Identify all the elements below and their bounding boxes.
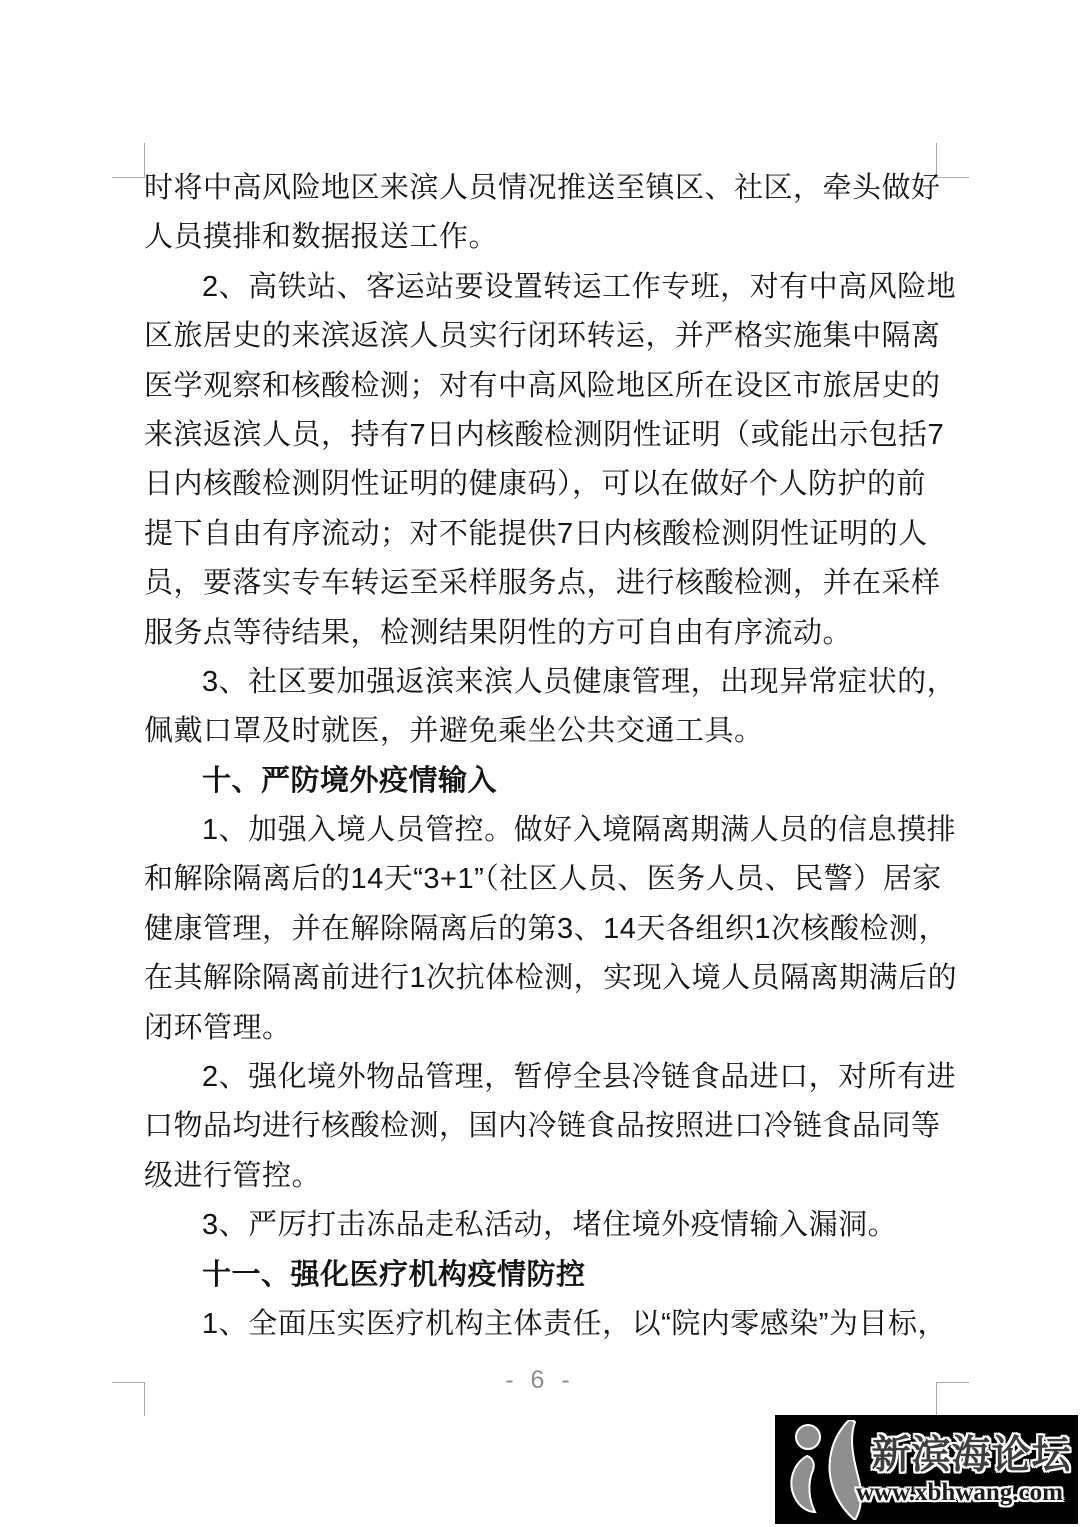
crop-mark-top-left bbox=[112, 143, 145, 178]
forum-watermark: 新滨海论坛 www.xbhwang.com bbox=[775, 1415, 1078, 1524]
body-line: 提下自由有序流动；对不能提供7日内核酸检测阴性证明的人 bbox=[144, 510, 938, 559]
body-line: 人员摸排和数据报送工作。 bbox=[144, 213, 938, 262]
body-line: 时将中高风险地区来滨人员情况推送至镇区、社区，牵头做好 bbox=[144, 164, 938, 213]
document-body: 时将中高风险地区来滨人员情况推送至镇区、社区，牵头做好人员摸排和数据报送工作。2… bbox=[144, 164, 938, 1349]
body-line: 来滨返滨人员，持有7日内核酸检测阴性证明（或能出示包括7 bbox=[144, 411, 938, 460]
body-line: 级进行管控。 bbox=[144, 1152, 938, 1201]
body-line: 2、强化境外物品管理，暂停全县冷链食品进口，对所有进 bbox=[144, 1053, 938, 1102]
body-line: 2、高铁站、客运站要设置转运工作专班，对有中高风险地 bbox=[144, 263, 938, 312]
body-line: 3、社区要加强返滨来滨人员健康管理，出现异常症状的， bbox=[144, 658, 938, 707]
body-line: 口物品均进行核酸检测，国内冷链食品按照进口冷链食品同等 bbox=[144, 1102, 938, 1151]
body-line: 在其解除隔离前进行1次抗体检测，实现入境人员隔离期满后的 bbox=[144, 954, 938, 1003]
body-line: 区旅居史的来滨返滨人员实行闭环转运，并严格实施集中隔离 bbox=[144, 312, 938, 361]
body-line: 闭环管理。 bbox=[144, 1004, 938, 1053]
body-line: 1、加强入境人员管控。做好入境隔离期满人员的信息摸排 bbox=[144, 806, 938, 855]
body-line: 和解除隔离后的14天“3+1”（社区人员、医务人员、民警）居家 bbox=[144, 855, 938, 904]
document-page: 时将中高风险地区来滨人员情况推送至镇区、社区，牵头做好人员摸排和数据报送工作。2… bbox=[0, 0, 1080, 1527]
body-line: 医学观察和核酸检测；对有中高风险地区所在设区市旅居史的 bbox=[144, 362, 938, 411]
body-line: 佩戴口罩及时就医，并避免乘坐公共交通工具。 bbox=[144, 707, 938, 756]
forum-watermark-text: 新滨海论坛 www.xbhwang.com bbox=[865, 1434, 1078, 1506]
body-line: 日内核酸检测阴性证明的健康码），可以在做好个人防护的前 bbox=[144, 460, 938, 509]
body-line: 3、严厉打击冻品走私活动，堵住境外疫情输入漏洞。 bbox=[144, 1201, 938, 1250]
body-line: 服务点等待结果，检测结果阴性的方可自由有序流动。 bbox=[144, 609, 938, 658]
heading-line: 十一、强化医疗机构疫情防控 bbox=[144, 1251, 938, 1300]
forum-url: www.xbhwang.com bbox=[841, 1479, 1078, 1506]
body-line: 健康管理，并在解除隔离后的第3、14天各组织1次核酸检测， bbox=[144, 905, 938, 954]
forum-title: 新滨海论坛 bbox=[865, 1434, 1078, 1478]
heading-line: 十、严防境外疫情输入 bbox=[144, 757, 938, 806]
page-number: - 6 - bbox=[0, 1366, 1080, 1395]
body-line: 1、全面压实医疗机构主体责任，以“院内零感染”为目标， bbox=[144, 1300, 938, 1349]
body-line: 员，要落实专车转运至采样服务点，进行核酸检测，并在采样 bbox=[144, 559, 938, 608]
